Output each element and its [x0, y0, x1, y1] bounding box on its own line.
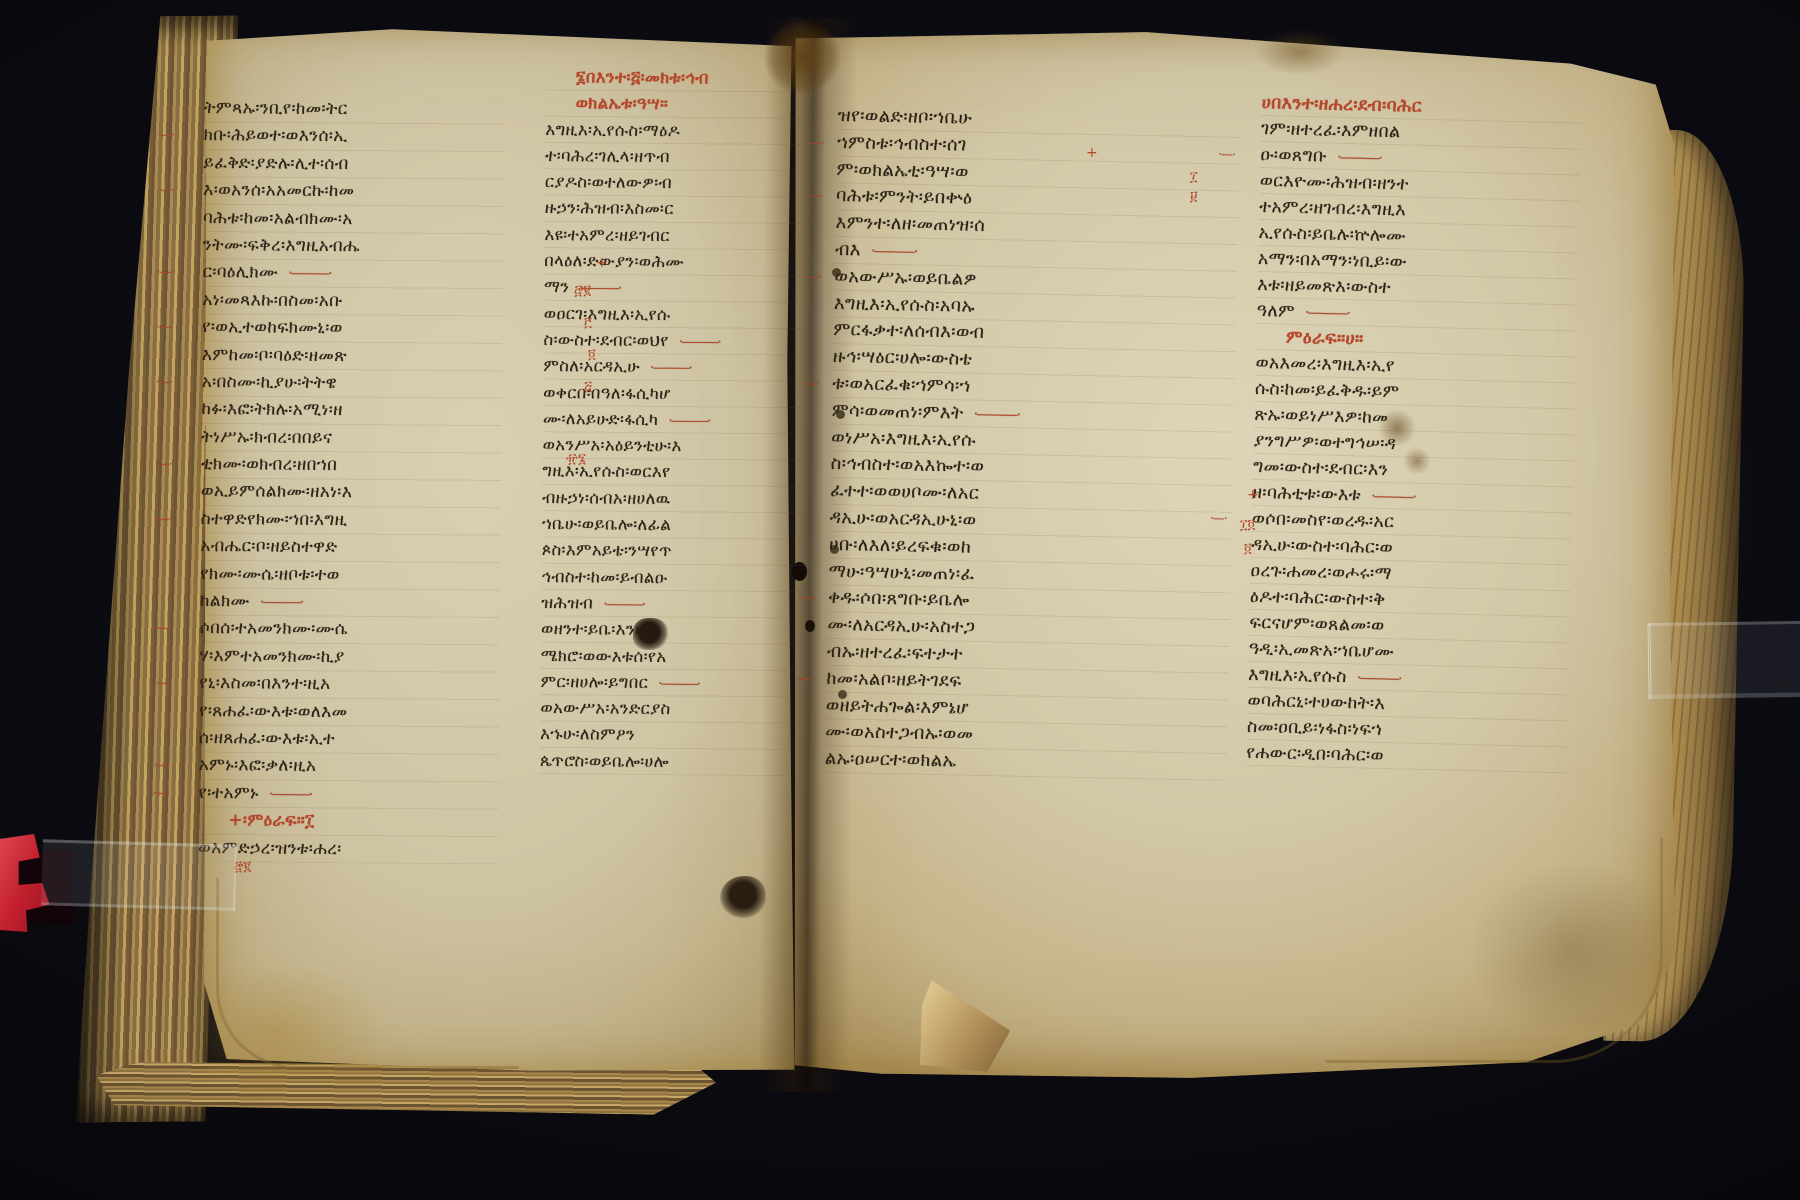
rubric-line-start-marker: ·—·	[155, 451, 172, 479]
rubric-line-start-marker: ·—·	[1210, 505, 1227, 531]
rubric-text: +፡ምዕራፍ።፲	[228, 810, 314, 831]
marginal-numeral: ፭	[584, 380, 592, 395]
rubric-line-filler: ·———·	[288, 266, 331, 282]
body-text: ወሶበ፡መስየ፡ወረዱ፡አር	[1252, 509, 1395, 532]
manuscript-line: ·—·እ፡ወአንሰ፡አአመርኩ፡ከመ	[203, 177, 503, 207]
body-text: ሀቡ፡ለእለ፡ይረፍቁ፡ወከ	[829, 534, 971, 558]
body-text: ሙ፡ወአስተጋብኡ፡ወመ	[825, 721, 973, 745]
body-text: ከመ፡አልቦ፡ዘይትገደፍ	[826, 668, 962, 692]
rubric-line-filler: ·———·	[679, 334, 720, 350]
rubric-line-start-marker: ·—·	[1218, 141, 1235, 167]
manuscript-line: ምስለ፡አርዳኢሁ·———·	[543, 353, 811, 382]
body-text: ፍርናሆም፡ወጸልመ፡ወ	[1249, 613, 1385, 636]
marginal-numeral: ፬	[588, 348, 596, 363]
body-text: ዓዲ፡ኢመጽአ፡ኀቤሆሙ	[1249, 639, 1395, 662]
body-text: ማሁ፡ዓሣሁኒ፡መጠነ፡ፈ	[828, 560, 974, 584]
body-text: አነ፡መጻእኩ፡በስመ፡አቡ	[202, 290, 342, 311]
body-text: ወአውሥኡ፡ወይቤልዎ	[834, 266, 977, 290]
rubric-line-filler: ·———·	[1337, 148, 1381, 167]
body-text: ከፉ፡እፎ፡ትክሉ፡አሚነ፡ዘ	[201, 399, 342, 420]
manuscript-line: ዙኃን፡ሕዝብ፡እስመ፡ር	[545, 195, 813, 224]
body-text: ርያዶስ፡ወተለውዎ፡ብ	[545, 172, 672, 192]
body-text: እኁሁ፡ለስምዖን	[540, 724, 635, 744]
body-text: ስመ፡ዐቢይ፡ነፋስ፡ነፍኀ	[1247, 717, 1383, 740]
body-text: ዙኅ፡ሣዕር፡ሀሎ፡ውስቴ	[833, 346, 973, 370]
body-text: ኅብስተ፡ከመ፡ይብልዑ	[541, 567, 667, 587]
marginal-numeral: ፬	[1244, 542, 1252, 557]
body-text: ባሕቱ፡ምንት፡ይበቍዕ	[836, 185, 973, 209]
manuscript-line: ርያዶስ፡ወተለውዎ፡ብ	[545, 169, 813, 198]
body-text: ወቀርበ፡በዓለ፡ፋሲካሆ	[543, 383, 671, 403]
manuscript-line: ባሕቱ፡ከመ፡አልብክሙ፡አ	[203, 205, 503, 235]
rubric-text: ሀበእንተ፡ዘሐረ፡ደብ፡ባሕር	[1261, 93, 1422, 117]
body-text: ምሳ፡ወመጠነ፡ምእት	[832, 400, 964, 424]
body-text: አማን፡በአማን፡ነቢይ፡ው	[1258, 249, 1407, 273]
body-text: ቲክሙ፡ወክብረ፡ዘበኀበ	[201, 454, 337, 475]
transparent-strip-right	[1647, 621, 1800, 699]
rubric-line-start-marker: ·—·	[156, 314, 173, 342]
manuscript-line: ትነሥኡ፡ክብረ፡በበይና	[201, 424, 501, 454]
body-text: ኢየሱስ፡ይቤሉ፡ኵሎሙ	[1258, 223, 1406, 246]
rubric-text: ፮በእንተ፡፭፡መክቱ፡ኅብ	[576, 67, 709, 87]
marginal-numeral: ፲፬	[1240, 518, 1255, 533]
body-text: ወኢይምሰልክሙ፡ዘአነ፡እ	[201, 481, 353, 502]
right_page-col1: ዝየ፡ወልድ፡ዘቦ፡ኀቤሁ·—·ኀምስቱ፡ኅብስተ፡ሰገም፡ወክልኤቲ፡ዓሣ፡ወ…	[825, 103, 1240, 781]
marginal-numeral: ፱	[1190, 190, 1197, 205]
manuscript-line: ዝሕዝብ·———·	[541, 590, 809, 619]
manuscript-line: ወዘንተ፡ይቤ፡እንዘ፡ያ	[541, 616, 809, 645]
body-text: ወአውሥአ፡አንድርያስ	[540, 698, 670, 718]
manuscript-line: ከልክሙ·———·	[200, 588, 500, 618]
body-text: ዓለም	[1257, 301, 1296, 322]
body-text: ዘ፡ባሕቲቱ፡ውእቱ	[1252, 483, 1361, 506]
rubric-line-start-marker: ·—·	[156, 259, 173, 287]
manuscript-line: የክሙ፡ሙሴ፡ዘቦቱ፡ተወ	[200, 561, 500, 591]
body-text: አ፡በስሙ፡ኪያሁ፡ትትዌ	[202, 372, 338, 393]
manuscript-line: በላዕለ፡ድውያን፡ወሕሙ	[544, 248, 812, 277]
rubric-text: ምዕራፍ።ሀ።	[1286, 328, 1364, 350]
rubric-line-start-marker: ·—·	[152, 779, 169, 807]
body-text: ምርፋቃተ፡ለሰብእ፡ወብ	[833, 319, 984, 343]
manuscript-line: ·—·ክቡ፡ሕይወተ፡ወእንሰ፡ኢ	[204, 122, 504, 152]
body-text: ስ፡ኅብስተ፡ወአእኰተ፡ወ	[831, 453, 985, 477]
body-text: ወባሕርኒ፡ተሀውከት፡እ	[1247, 691, 1385, 714]
body-text: ያንግሥዎ፡ወተግኅሠ፡ዳ	[1253, 431, 1396, 454]
rubric-line-filler: ·———·	[650, 360, 691, 376]
body-text: እ፡ወአንሰ፡አአመርኩ፡ከመ	[203, 180, 354, 201]
manuscript-line: ·—·ቲክሙ፡ወክብረ፡ዘበኀበ	[201, 451, 501, 481]
manuscript-line: አብሔር፡ቦ፡ዘይስተዋድ	[200, 533, 500, 563]
manuscript-line: ·—·የኒ፡እስመ፡በእንተ፡ዚአ	[199, 670, 499, 700]
left_page-col1: ትምጻኡ፡ንቢየ፡ከመ፡ትር·—·ክቡ፡ሕይወተ፡ወእንሰ፡ኢይፈቅድ፡ያድሉ፡…	[198, 95, 504, 864]
rubric-line-start-marker: ·—·	[807, 129, 824, 156]
body-text: ሱስ፡ከመ፡ይፈቅዱ፡ይም	[1255, 379, 1400, 402]
manuscript-line: ·—·አምኑ፡እፎ፡ቃለ፡ዚአ	[199, 752, 499, 782]
body-text: ስ፡ውስተ፡ደብር፡ወህየ	[544, 330, 669, 350]
manuscript-line: እምከመ፡ቦ፡ባዕድ፡ዘመጽ	[202, 342, 502, 372]
body-text: ይፈቅድ፡ያድሉ፡ሊተ፡ሰብ	[203, 153, 348, 174]
body-text: ትነሥኡ፡ክብረ፡በበይና	[201, 427, 332, 448]
body-text: ሙ፡ለአርዳኢሁ፡አስተጋ	[827, 614, 975, 638]
body-text: ዳኢሁ፡ውስተ፡ባሕር፡ወ	[1251, 535, 1393, 558]
manuscript-line: ይፈቅድ፡ያድሉ፡ሊተ፡ሰብ	[203, 150, 503, 180]
body-text: የ፡ወኢተወከፍክሙኒ፡ወ	[202, 317, 343, 338]
body-text: ሜክሮ፡ወውእቱሰ፡የአ	[541, 646, 667, 666]
body-text: ዝሕዝብ	[541, 593, 593, 612]
marginal-numeral: ፸፪	[234, 860, 251, 875]
manuscript-line: ወኢይምሰልክሙ፡ዘአነ፡እ	[201, 478, 501, 508]
manuscript-line: ·—·አ፡በስሙ፡ኪያሁ፡ትትዌ	[202, 369, 502, 399]
rubric-line-start-marker: ·—·	[804, 263, 821, 290]
body-text: የሐውር፡ዲበ፡ባሕር፡ወ	[1246, 743, 1384, 766]
body-text: ወነሥአ፡እግዚእ፡ኢየሱ	[831, 426, 976, 450]
rubric-line-start-marker: ·—·	[153, 670, 170, 698]
body-text: ዝየ፡ወልድ፡ዘቦ፡ኀቤሁ	[838, 105, 973, 129]
rubric-line-start-marker: ·—·	[154, 615, 171, 643]
body-text: ተ፡ባሕረ፡ገሊላ፡ዘጥብ	[545, 146, 670, 166]
body-text: ዐረጉ፡ሐመረ፡ወሖሩ፡ማ	[1250, 561, 1392, 584]
transparent-strip-left	[41, 839, 237, 910]
body-text: የ፡ተአምኑ	[198, 783, 258, 803]
rubric-text: ወክልኤቱ፡ዓሣ።	[576, 94, 669, 114]
manuscript-line: ·—·የ፡ተአምኑ·———·	[198, 780, 498, 810]
rubric-line-start-marker: ·—·	[158, 122, 175, 150]
marginal-numeral: ፲	[1190, 170, 1197, 185]
manuscript-line: ኀቤሁ፡ወይቤሎ፡ለፊል	[542, 511, 810, 540]
body-text: የክሙ፡ሙሴ፡ዘቦቱ፡ተወ	[200, 564, 340, 585]
rubric-line-filler: ·———·	[1371, 487, 1415, 506]
manuscript-line: ሰ፡ዘጸሐፈ፡ውእቱ፡ኢተ	[199, 725, 499, 755]
manuscript-line: ወአውሥአ፡አንድርያስ	[540, 695, 808, 724]
body-text: ቱ፡ወአርፈቁ፡ኀምሳ፡ኀ	[832, 373, 971, 397]
body-text: ብዙኃነ፡ሰብአ፡ዘሀለዉ	[542, 488, 670, 508]
manuscript-line: ·—·የ፡ወኢተወከፍክሙኒ፡ወ	[202, 314, 502, 344]
body-text: ምር፡ዘሀሎ፡ይግበር	[541, 672, 649, 692]
manuscript-line: ·—·ሶበሰ፡ተአመንክሙ፡ሙሴ	[200, 615, 500, 645]
rubric-line: ፮በእንተ፡፭፡መክቱ፡ኅብ	[546, 64, 814, 93]
left_page-col2: ፮በእንተ፡፭፡መክቱ፡ኅብወክልኤቱ፡ዓሣ።እግዚእ፡ኢየሱስ፡ማዕዶተ፡ባሕ…	[540, 64, 814, 776]
body-text: ክቡ፡ሕይወተ፡ወእንሰ፡ኢ	[204, 125, 348, 146]
rubric-line: ወክልኤቱ፡ዓሣ።	[546, 90, 814, 119]
body-text: እግዚእ፡ኢየሱስ	[1248, 665, 1347, 687]
body-text: ሙ፡ለአይሁድ፡ፋሲካ	[543, 409, 659, 429]
body-text: ወዐርገ፡እግዚእ፡ኢየሱ	[544, 304, 671, 324]
manuscript-line: አነ፡መጻእኩ፡በስመ፡አቡ	[202, 287, 502, 317]
manuscript-line: ሙ፡ለአይሁድ፡ፋሲካ·———·	[543, 406, 811, 435]
rubric-line-start-marker: ·—·	[153, 752, 170, 780]
manuscript-line: ኅብስተ፡ከመ፡ይብልዑ	[541, 564, 809, 593]
body-text: ገም፡ዘተረፈ፡እምዘበል	[1261, 119, 1401, 142]
body-text: ብኡ፡ዘተረፈ፡ፍተታተ	[827, 641, 963, 665]
body-text: ሰ፡ዘጸሐፈ፡ውእቱ፡ኢተ	[199, 728, 335, 749]
rubric-line-filler: ·———·	[871, 242, 917, 261]
marginal-numeral: +	[1247, 488, 1259, 503]
manuscript-line: ሃ፡እምተአመንክሙ፡ኪያ	[199, 643, 499, 673]
body-text: የኒ፡እስመ፡በእንተ፡ዚአ	[199, 673, 330, 694]
manuscript-line: ምር፡ዘሀሎ፡ይግበር·———·	[540, 669, 808, 698]
body-text: የ፡ጸሐፈ፡ውእቱ፡ወለእመ	[199, 701, 347, 722]
marginal-numeral: ፸፪	[574, 284, 591, 299]
body-text: ወአንሥአ፡አዕይንቲሁ፡እ	[543, 435, 682, 455]
rubric-line-filler: ·———·	[260, 594, 303, 610]
manuscript-line: ንትሙ፡ፍቅረ፡እግዚአብሔ	[203, 232, 503, 262]
body-text: አብሔር፡ቦ፡ዘይስተዋድ	[200, 536, 337, 557]
body-text: ግመ፡ውስተ፡ደብር፡እን	[1253, 457, 1389, 480]
rubric-line-filler: ·———·	[603, 596, 644, 612]
body-text: እግዚእ፡ኢየሱስ፡ማዕዶ	[545, 120, 680, 140]
body-text: እግዚእ፡ኢየሱስ፡አባኡ	[834, 293, 975, 317]
body-text: ዙኃን፡ሕዝብ፡እስመ፡ር	[545, 198, 674, 218]
rubric-line-filler: ·———·	[1357, 668, 1401, 687]
rubric-line-filler: ·———·	[658, 676, 699, 692]
rubric-line-start-marker: ·—·	[802, 370, 819, 397]
body-text: እምንተ፡ለዘ፡መጠነዝ፡ሰ	[835, 212, 985, 236]
rubric-line: +፡ምዕራፍ።፲	[198, 807, 498, 837]
body-text: ኀምስቱ፡ኅብስተ፡ሰገ	[837, 132, 967, 156]
manuscript-line: እኁሁ፡ለስምዖን	[540, 721, 808, 750]
manuscript-line: ትምጻኡ፡ንቢየ፡ከመ፡ትር	[204, 95, 504, 125]
manuscript-line: ጴጥሮስ፡ወይቤሎ፡ሀሎ	[540, 748, 808, 777]
marginal-numeral: +	[596, 256, 608, 271]
body-text: ዕዶተ፡ባሕር፡ውስተ፡ቅ	[1250, 587, 1386, 610]
marginal-numeral: ፫	[584, 316, 592, 331]
body-text: ዑ፡ወጸግቡ	[1260, 145, 1327, 167]
body-text: ም፡ወክልኤቲ፡ዓሣ፡ወ	[836, 159, 969, 183]
rubric-line-start-marker: ·—·	[157, 177, 174, 205]
rubric-line-start-marker: ·—·	[806, 183, 823, 210]
body-text: ወዘይትሐጐል፡እምኔሆ	[826, 694, 969, 718]
photo-stage: ትምጻኡ፡ንቢየ፡ከመ፡ትር·—·ክቡ፡ሕይወተ፡ወእንሰ፡ኢይፈቅድ፡ያድሉ፡…	[0, 0, 1800, 1200]
body-text: እምከመ፡ቦ፡ባዕድ፡ዘመጽ	[202, 345, 347, 366]
rubric-line-start-marker: ·—·	[796, 665, 813, 692]
body-text: ከልክሙ	[200, 591, 250, 611]
manuscript-text-layer: ትምጻኡ፡ንቢየ፡ከመ፡ትር·—·ክቡ፡ሕይወተ፡ወእንሰ፡ኢይፈቅድ፡ያድሉ፡…	[0, 0, 1800, 1200]
right_page-col2: ሀበእንተ፡ዘሐረ፡ደብ፡ባሕርገም፡ዘተረፈ፡እምዘበል·—·ዑ፡ወጸግቡ·—…	[1246, 90, 1582, 773]
body-text: ወዘንተ፡ይቤ፡እንዘ፡ያ	[541, 619, 659, 639]
body-text: ብእ	[835, 239, 861, 261]
body-text: ግዚእ፡ኢየሱስ፡ወርእየ	[542, 461, 670, 481]
body-text: በላዕለ፡ድውያን፡ወሕሙ	[544, 251, 684, 271]
manuscript-line: ሜክሮ፡ወውእቱሰ፡የአ	[541, 643, 809, 672]
body-text: አምኑ፡እፎ፡ቃለ፡ዚአ	[199, 755, 317, 776]
manuscript-line: የ፡ጸሐፈ፡ውእቱ፡ወለእመ	[199, 698, 499, 728]
manuscript-line: ስ፡ውስተ፡ደብር፡ወህየ·———·	[543, 327, 811, 356]
manuscript-line: እግዚእ፡ኢየሱስ፡ማዕዶ	[545, 117, 813, 146]
body-text: ሶበሰ፡ተአመንክሙ፡ሙሴ	[200, 618, 348, 639]
rubric-line-filler: ·———·	[269, 786, 312, 802]
body-text: ኀቤሁ፡ወይቤሎ፡ለፊል	[542, 514, 671, 534]
body-text: እቱ፡ዘይመጽእ፡ውስተ	[1257, 275, 1391, 298]
rubric-line-start-marker: ·—·	[798, 585, 815, 612]
body-text: ትምጻኡ፡ንቢየ፡ከመ፡ትር	[204, 98, 348, 119]
manuscript-line: እዩ፡ተአምረ፡ዘይገብር	[544, 222, 812, 251]
manuscript-line: ተ፡ባሕረ፡ገሊላ፡ዘጥብ	[545, 143, 813, 172]
body-text: ፈተተ፡ወወሀቦሙ፡ለአር	[830, 480, 979, 504]
body-text: ጶስ፡እምአይቴ፡ንሣየጥ	[542, 540, 672, 560]
manuscript-line: ጶስ፡እምአይቴ፡ንሣየጥ	[542, 537, 810, 566]
body-text: ዳኢሁ፡ወአርዳኢሁኒ፡ወ	[829, 507, 976, 531]
body-text: ር፡ባዕሊክሙ	[203, 262, 279, 283]
rubric-line-filler: ·———·	[668, 413, 709, 429]
rubric-line-start-marker: ·—·	[156, 369, 173, 397]
body-text: ወርእዮሙ፡ሕዝብ፡ዘንተ	[1260, 171, 1409, 195]
body-text: ጽኡ፡ወይነሥእዎ፡ከመ	[1254, 405, 1389, 428]
body-text: ቀዱ፡ሶበ፡ጸግቡ፡ይቤሎ	[828, 587, 970, 611]
body-text: ባሕቱ፡ከመ፡አልብክሙ፡አ	[203, 208, 353, 229]
body-text: እዩ፡ተአምረ፡ዘይገብር	[544, 225, 670, 245]
rubric-line-start-marker: ·—·	[155, 505, 172, 533]
rubric-line-filler: ·———·	[973, 405, 1019, 424]
manuscript-line: ብዙኃነ፡ሰብአ፡ዘሀለዉ	[542, 485, 810, 514]
body-text: ሃ፡እምተአመንክሙ፡ኪያ	[200, 646, 345, 667]
marginal-numeral: ፹፮	[566, 452, 586, 467]
body-text: ተአምረ፡ዘገብረ፡እግዚእ	[1259, 197, 1406, 220]
manuscript-line: ከፉ፡እፎ፡ትክሉ፡አሚነ፡ዘ	[201, 396, 501, 426]
body-text: ማን	[544, 277, 570, 296]
body-text: ንትሙ፡ፍቅረ፡እግዚአብሔ	[203, 235, 360, 256]
rubric-line-filler: ·———·	[1305, 303, 1349, 322]
body-text: ጴጥሮስ፡ወይቤሎ፡ሀሎ	[540, 751, 669, 771]
body-text: ስተዋድየክሙ፡ኀበ፡እግዚ	[201, 509, 348, 530]
body-text: ልኡ፡ዐሠርተ፡ወክልኤ	[825, 748, 957, 772]
body-text: ወአእመረ፡እግዚእ፡ኢየ	[1255, 353, 1395, 376]
manuscript-line: ·—·ስተዋድየክሙ፡ኀበ፡እግዚ	[201, 506, 501, 536]
manuscript-line: ·—·ር፡ባዕሊክሙ·———·	[202, 259, 502, 289]
marginal-numeral: +	[1086, 146, 1098, 161]
